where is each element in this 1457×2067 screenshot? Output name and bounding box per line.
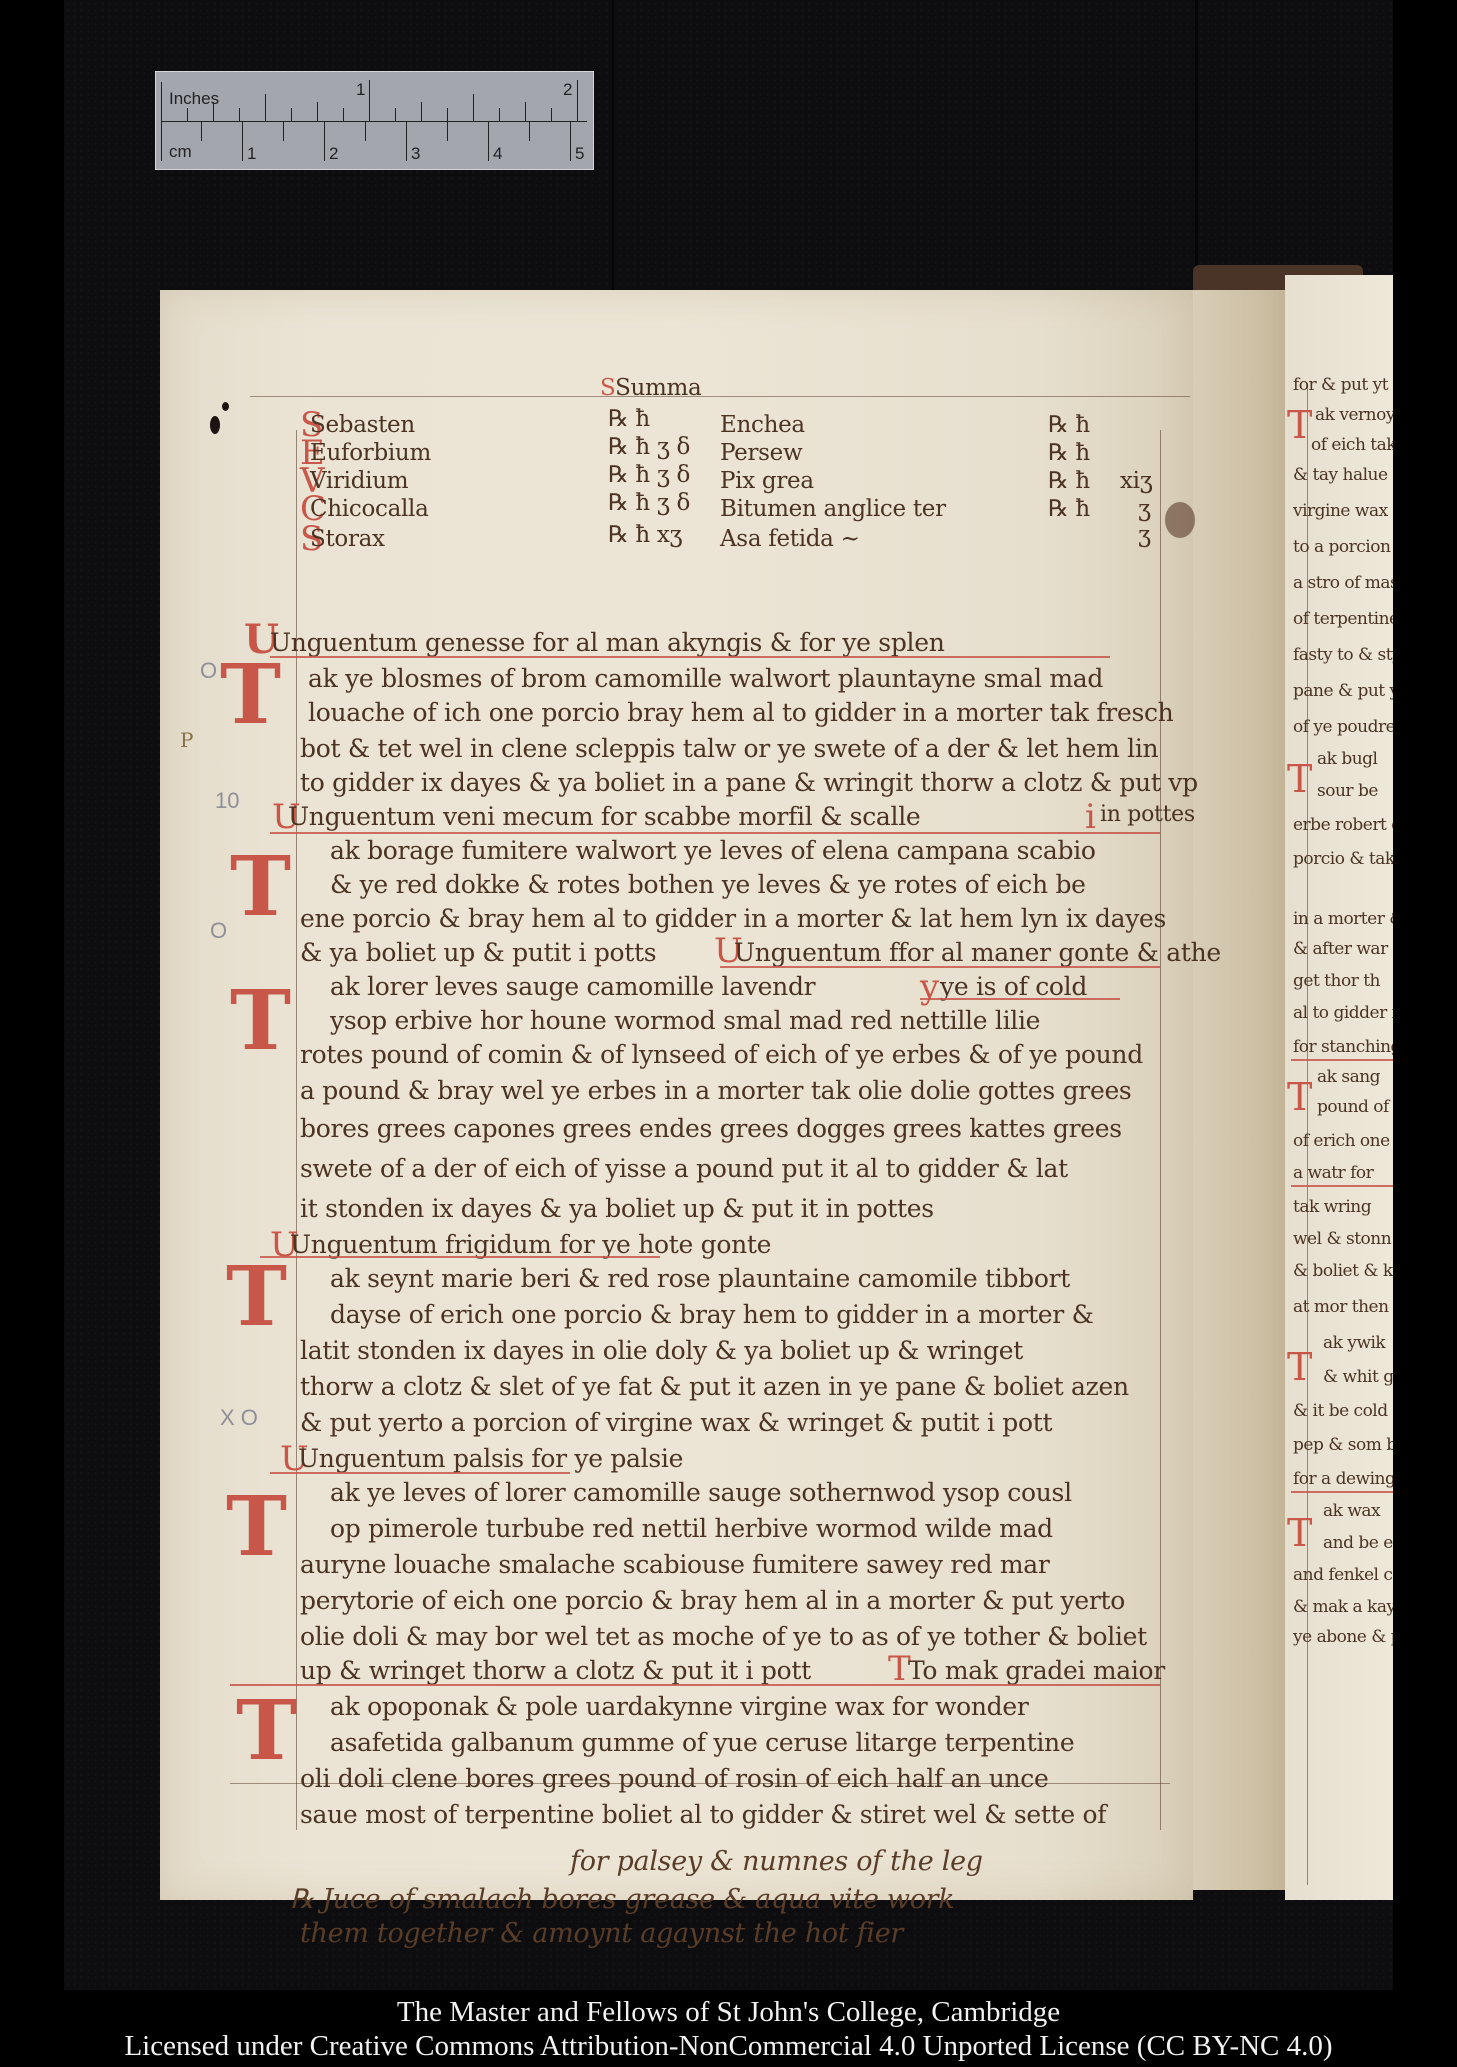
text-line: olie doli & may bor wel tet as moche of … [300,1624,1147,1649]
facing-text-line: ak bugl [1317,749,1378,769]
facing-text-line: pane & put y [1293,681,1393,701]
table-heading: SSumma [600,375,701,401]
scale-ruler: Inches 1 2 cm 1 2 3 4 5 [155,71,594,170]
ruler-tick [239,108,240,121]
red-initial: T [1287,757,1312,801]
ruler-tick [242,121,243,161]
text-line: up & wringet thorw a clotz & put it i po… [300,1658,811,1683]
text-line: it stonden ix dayes & ya boliet up & put… [300,1196,934,1221]
facing-text-line: get thor th [1293,971,1380,991]
red-initial: T [226,1256,287,1338]
ruler-tick [473,94,474,121]
ruler-inch-number: 2 [563,81,572,98]
text-line: bot & tet wel in clene scleppis talw or … [300,736,1158,761]
facing-text-line: ak ywik [1323,1333,1385,1353]
rubric-underline [260,1256,660,1258]
rubric-heading: Unguentum veni mecum for scabbe morfil &… [288,804,920,829]
text-line: latit stonden ix dayes in olie doly & ya… [300,1338,1023,1363]
text-line: ye is of cold [940,974,1087,999]
text-line: dayse of erich one porcio & bray hem to … [330,1302,1094,1327]
ruler-tick [488,121,489,161]
ruler-tick [187,108,188,121]
text-line: & put yerto a porcion of virgine wax & w… [300,1410,1052,1435]
ruler-cm-number: 3 [411,145,420,162]
red-initial: i [1085,800,1096,834]
text-line: ak ye blosmes of brom camomille walwort … [308,666,1103,691]
text-line: ak opoponak & pole uardakynne virgine wa… [330,1694,1029,1719]
table-cell: Chicocalla [310,496,429,522]
ruler-tick [447,108,448,121]
ruler-tick [291,108,292,121]
table-cell: ℞ ħ [1048,468,1090,494]
annotation-line: ℞ Juce of smalach bores grease & aqua vi… [290,1884,954,1915]
ruler-tick [421,102,422,121]
table-cell: ℞ ħ ʒ δ [608,434,690,460]
facing-text-line: & whit gr [1323,1367,1393,1387]
table-cell: Pix grea [720,468,814,494]
facing-text-line: wel & stonn [1293,1229,1391,1249]
ruler-tick [283,121,284,141]
facing-text-line: and be e [1323,1533,1393,1553]
facing-text-line: a watr for [1293,1163,1373,1183]
ruler-tick [447,121,448,141]
facing-text-line: & mak a kaype [1293,1597,1393,1617]
annotation-line: them together & amoynt agaynst the hot f… [300,1918,903,1949]
margin-mark: X O [220,1405,258,1431]
table-cell: ℞ ħ [1048,412,1090,438]
table-cell: xiʒ [1120,468,1152,494]
text-line: rotes pound of comin & of lynseed of eic… [300,1042,1143,1067]
rubric-heading: Unguentum palsis for ye palsie [298,1446,683,1471]
table-cell: Euforbium [310,440,431,466]
facing-text-line: of terpentine & ta [1293,609,1393,629]
table-cell: Bitumen anglice ter [720,496,946,522]
red-initial: T [230,980,291,1062]
rubric-heading: To mak gradei maior [908,1658,1165,1683]
margin-mark: P [180,728,193,752]
ruler-cm-number: 4 [493,145,502,162]
table-cell: Enchea [720,412,805,438]
rubric-underline [270,656,1110,658]
ruler-tick [551,108,552,121]
rubric-underline [920,998,1120,1000]
facing-text-line: for & put yt to p [1293,375,1393,395]
text-line: ysop erbive hor houne wormod smal mad re… [330,1008,1040,1033]
facing-text-line: of ye poudres [1293,717,1393,737]
rubric-heading: Unguentum frigidum for ye hote gonte [290,1232,771,1257]
margin-mark: 10 [215,788,239,814]
rubric-underline [720,966,1160,968]
stain [1165,502,1195,538]
text-line: ak borage fumitere walwort ye leves of e… [330,838,1096,863]
facing-text-line: porcio & tak [1293,849,1393,869]
credit-line: The Master and Fellows of St John's Coll… [0,1998,1457,2027]
facing-text-line: of eich tak [1311,435,1393,455]
ruler-tick [529,121,530,141]
ruler-tick [406,121,407,161]
text-line: auryne louache smalache scabiouse fumite… [300,1552,1050,1577]
facing-text-line: a stro of mast [1293,573,1393,593]
table-cell: ℞ ħ ʒ δ [608,490,690,516]
facing-text-line: & boliet & k [1293,1261,1393,1281]
ruler-tick [395,108,396,121]
table-cell: Asa fetida ~ [720,526,860,552]
ruler-tick [525,102,526,121]
facing-text-line: fasty to & styre [1293,645,1393,665]
facing-text-line: al to gidder i [1293,1003,1393,1023]
rubric-underline [270,1472,570,1474]
text-line: asafetida galbanum gumme of yue ceruse l… [330,1730,1074,1755]
ruler-tick [343,108,344,121]
backdrop-fold [1195,0,1198,290]
facing-text-line: erbe robert e [1293,815,1393,835]
facing-text-line: ye abone & pon [1293,1627,1393,1647]
table-cell: ℞ ħ xʒ [608,522,682,548]
text-line: & ya boliet up & putit i potts [300,940,656,965]
table-cell: Storax [310,526,385,552]
text-line: bores grees capones grees endes grees do… [300,1116,1122,1141]
facing-text-line: sour be [1317,781,1378,801]
text-line: to gidder ix dayes & ya boliet in a pane… [300,770,1198,795]
text-line: oli doli clene bores grees pound of rosi… [300,1766,1049,1791]
ruler-tick [369,80,370,121]
ruler-tick [317,102,318,121]
text-line: ak lorer leves sauge camomille lavendr [330,974,815,999]
facing-text-line: tak wring [1293,1197,1371,1217]
text-line: saue most of terpentine boliet al to gid… [300,1802,1106,1827]
ruler-tick [161,82,162,121]
text-line: ak ye leves of lorer camomille sauge sot… [330,1480,1072,1505]
facing-text-line: for a dewingre [1293,1469,1393,1489]
ruler-cm-label: cm [169,143,192,160]
ink-blot [210,416,220,434]
table-cell: ℞ ħ [1048,440,1090,466]
table-cell: ʒ [1138,496,1151,522]
rubric-heading: Unguentum genesse for al man akyngis & f… [270,630,945,655]
table-cell: ℞ ħ ʒ δ [608,462,690,488]
ruler-tick [499,108,500,121]
rubric-underline [270,832,1160,834]
red-initial: T [226,1486,287,1568]
rubric-underline [1291,1059,1393,1061]
text-line: & ye red dokke & rotes bothen ye leves &… [330,872,1086,897]
rubric-heading: Unguentum ffor al maner gonte & athe [734,940,1221,965]
facing-text-line: & after war [1293,939,1388,959]
table-cell: ℞ ħ [608,406,650,432]
ruler-tick [577,80,578,121]
facing-text-line: of erich one [1293,1131,1390,1151]
text-line: a pound & bray wel ye erbes in a morter … [300,1078,1131,1103]
annotation-heading: for palsey & numnes of the leg [570,1846,983,1877]
ruler-tick [161,121,162,161]
red-initial: T [1287,1345,1312,1389]
ruler-cm-number: 1 [247,145,256,162]
text-line: op pimerole turbube red nettil herbive w… [330,1516,1053,1541]
facing-text-line: at mor then [1293,1297,1389,1317]
margin-mark: O [200,658,217,684]
facing-text-line: & tay halue [1293,465,1388,485]
facing-text-line: in a morter & t [1293,909,1393,929]
manuscript-page: SSumma S Sebasten ℞ ħ Enchea ℞ ħ E Eufor… [160,290,1193,1900]
text-line: thorw a clotz & slet of ye fat & put it … [300,1374,1129,1399]
ruler-cm-number: 5 [575,145,584,162]
rubric-underline [1291,1185,1393,1187]
ruling-line [250,396,1190,397]
facing-text-line: for stanching [1293,1037,1393,1057]
facing-text-line: ak sang [1317,1067,1380,1087]
ruler-midline [161,121,587,122]
facing-text-line: pep & som bre [1293,1435,1393,1455]
table-cell: ʒ [1138,522,1151,548]
rubric-underline [1291,1491,1393,1493]
ruler-tick [265,94,266,121]
rubric-underline [230,1684,1160,1686]
red-initial: T [1287,403,1312,447]
text-line: ene porcio & bray hem al to gidder in a … [300,906,1166,931]
ruler-cm-number: 2 [329,145,338,162]
page-gutter [1193,290,1288,1890]
ink-blot [222,402,229,411]
red-initial: T [1287,1511,1312,1555]
text-line: louache of ich one porcio bray hem al to… [308,700,1173,725]
table-cell: Persew [720,440,802,466]
red-initial: T [220,654,281,736]
facing-text-line: virgine wax & d [1293,501,1393,521]
red-initial: T [230,846,291,928]
ruler-inches-label: Inches [169,90,219,107]
text-line: in pottes [1100,804,1195,826]
facing-text-line: ak vernoy b [1315,405,1393,425]
text-line: perytorie of eich one porcio & bray hem … [300,1588,1125,1613]
facing-page: for & put yt to p T ak vernoy b of eich … [1285,275,1393,1900]
ruler-tick [365,121,366,141]
text-line: ak seynt marie beri & red rose plauntain… [330,1266,1070,1291]
ruler-tick [324,121,325,161]
table-cell: Sebasten [310,412,415,438]
facing-text-line: & it be cold [1293,1401,1388,1421]
facing-text-line: ak wax [1323,1501,1380,1521]
ruler-inch-number: 1 [356,81,365,98]
red-initial: T [236,1690,297,1772]
facing-text-line: to a porcion of [1293,537,1393,557]
ruling-line [1160,430,1161,1830]
table-cell: ℞ ħ [1048,496,1090,522]
facing-text-line: and fenkel co [1293,1565,1393,1585]
facing-text-line: pound of [1317,1097,1389,1117]
margin-mark: O [210,918,227,944]
red-initial: T [1287,1075,1312,1119]
ruler-tick [570,121,571,161]
text-line: swete of a der of eich of yisse a pound … [300,1156,1068,1181]
ruler-tick [201,121,202,141]
license-line: Licensed under Creative Commons Attribut… [0,2032,1457,2061]
